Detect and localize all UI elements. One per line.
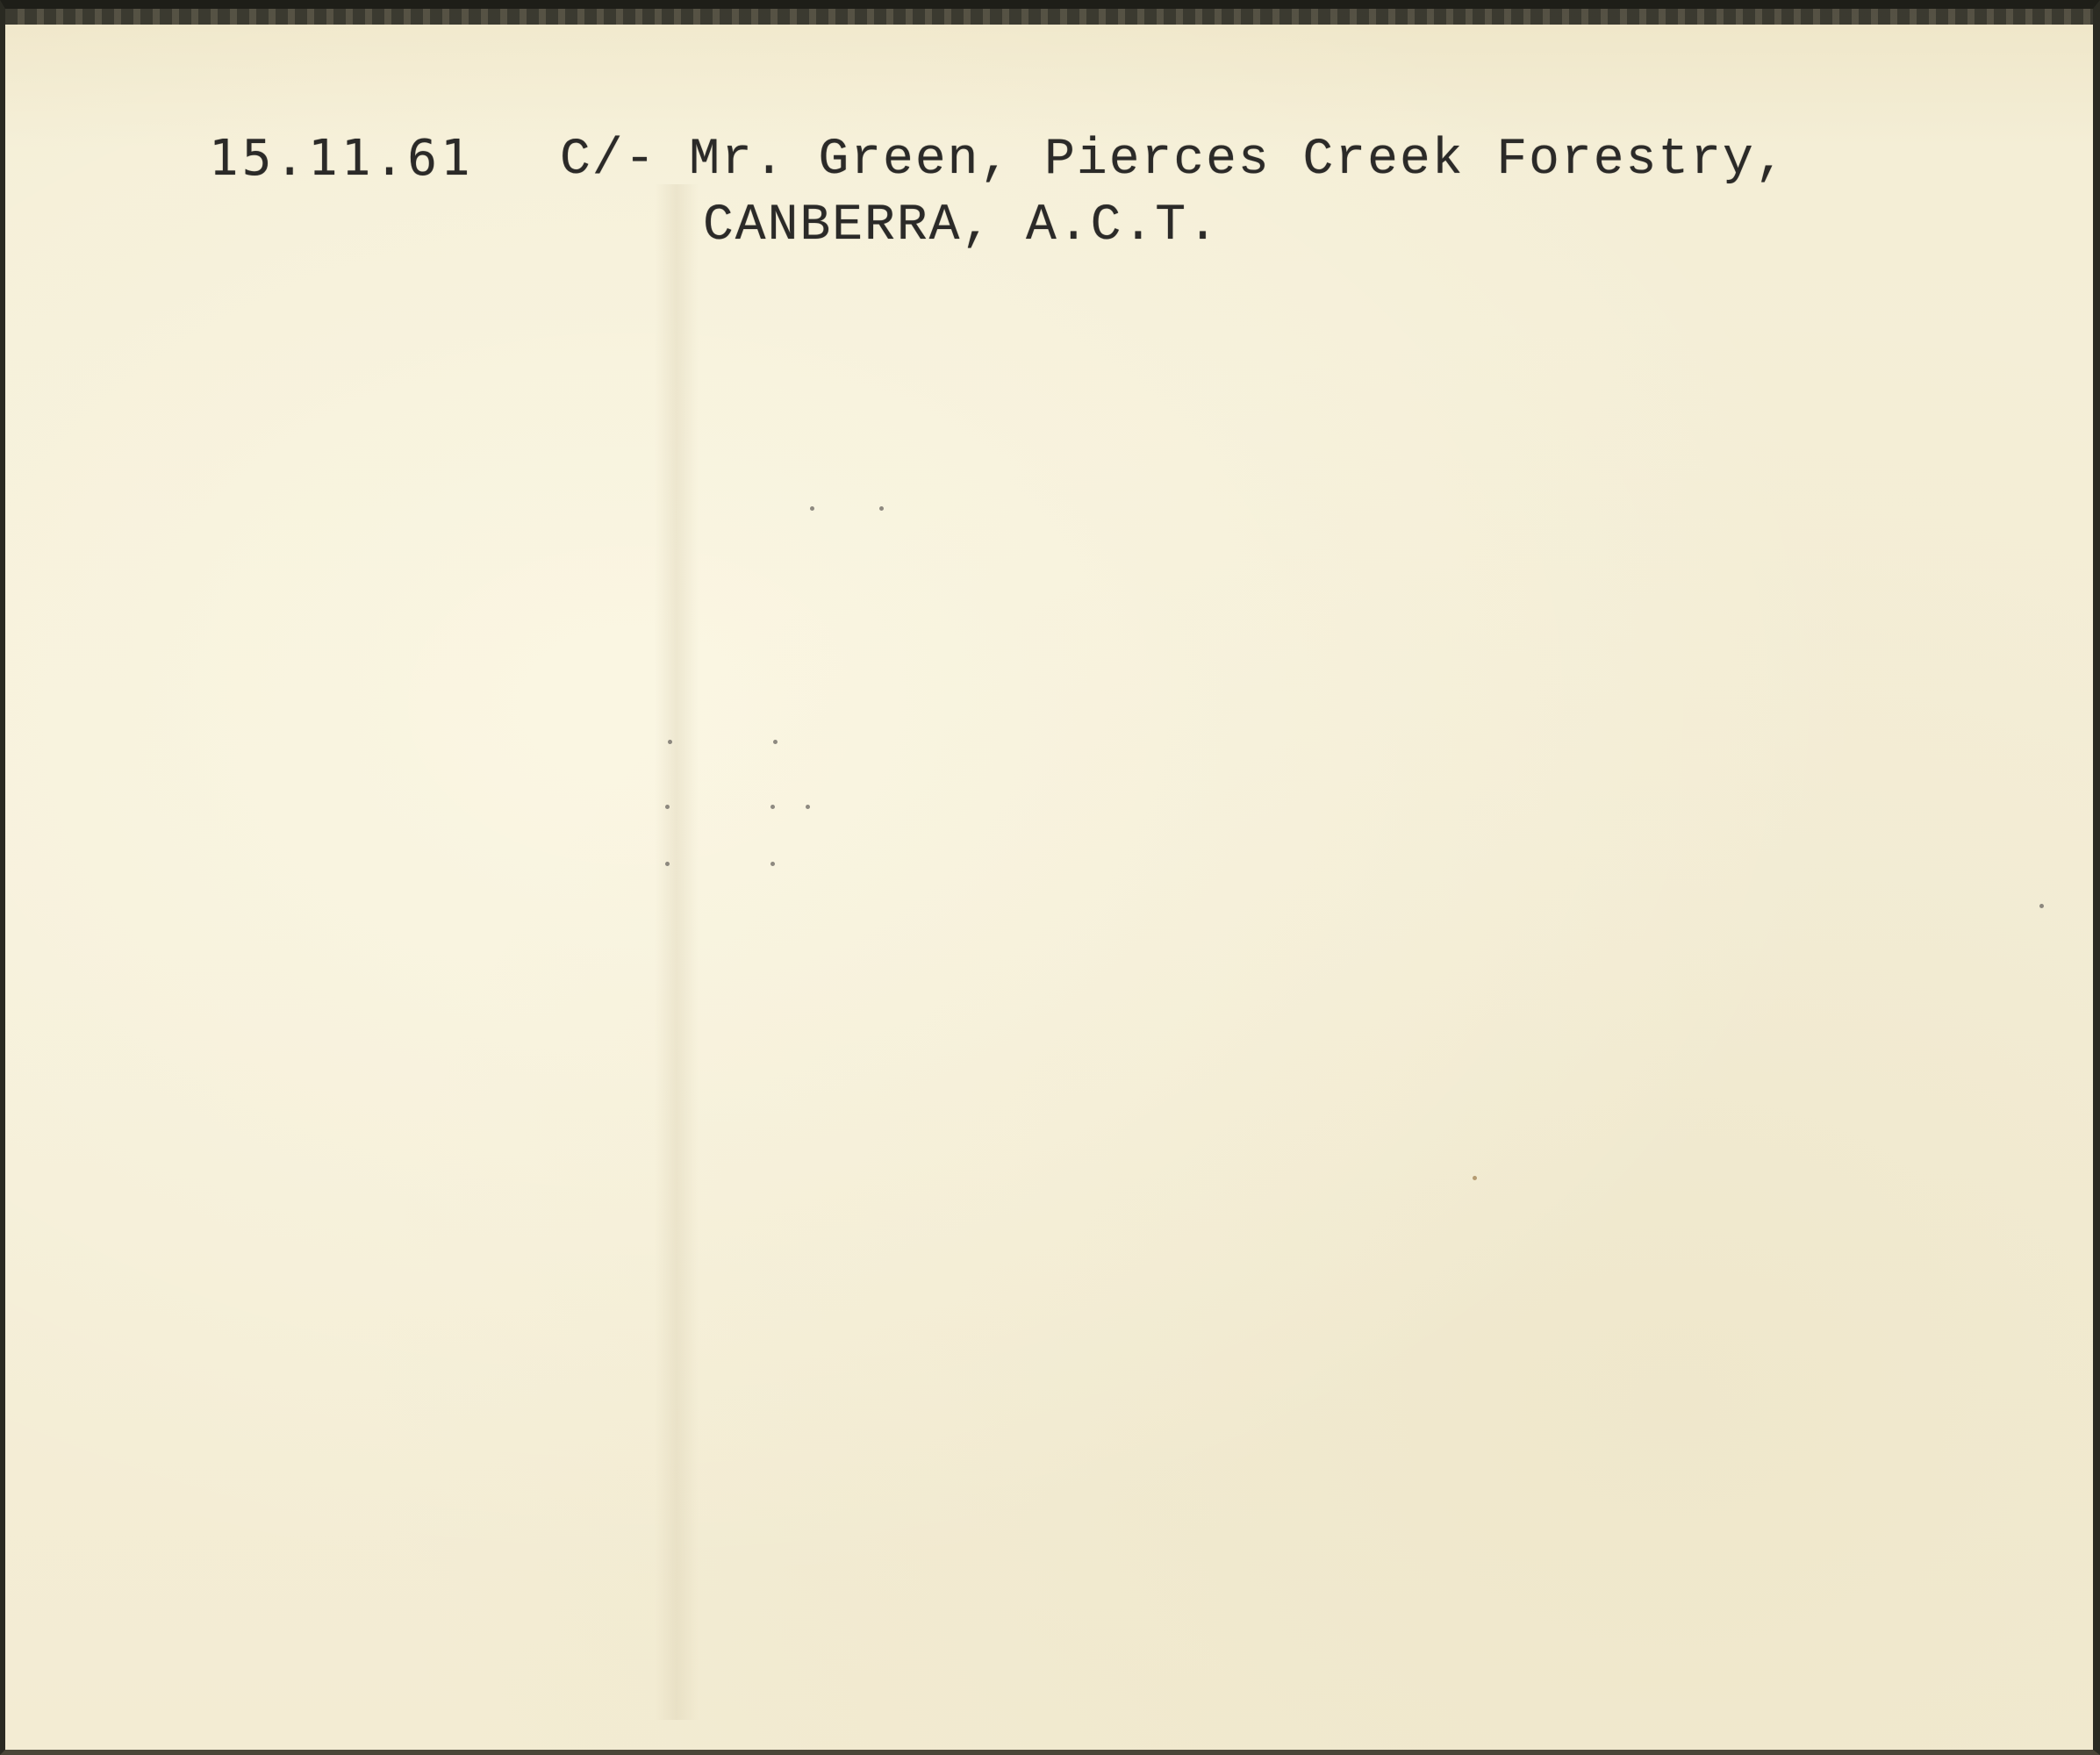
address-line-1: C/- Mr. Green, Pierces Creek Forestry,: [560, 132, 1788, 189]
ink-speck: [806, 805, 810, 809]
ink-speck: [2039, 904, 2044, 908]
ink-speck: [665, 862, 670, 866]
ink-speck: [773, 740, 778, 744]
entry-date: 15.11.61: [209, 130, 474, 187]
ink-speck: [668, 740, 672, 744]
ink-speck: [879, 506, 884, 511]
address-line-2: CANBERRA, A.C.T.: [703, 197, 1220, 254]
ink-speck: [1473, 1176, 1477, 1180]
ink-speck: [665, 805, 670, 809]
ink-speck: [770, 862, 775, 866]
index-card: 15.11.61 C/- Mr. Green, Pierces Creek Fo…: [0, 0, 2100, 1755]
ink-speck: [810, 506, 814, 511]
ink-speck: [770, 805, 775, 809]
paper-crease: [655, 184, 699, 1720]
card-top-edge: [5, 9, 2093, 25]
